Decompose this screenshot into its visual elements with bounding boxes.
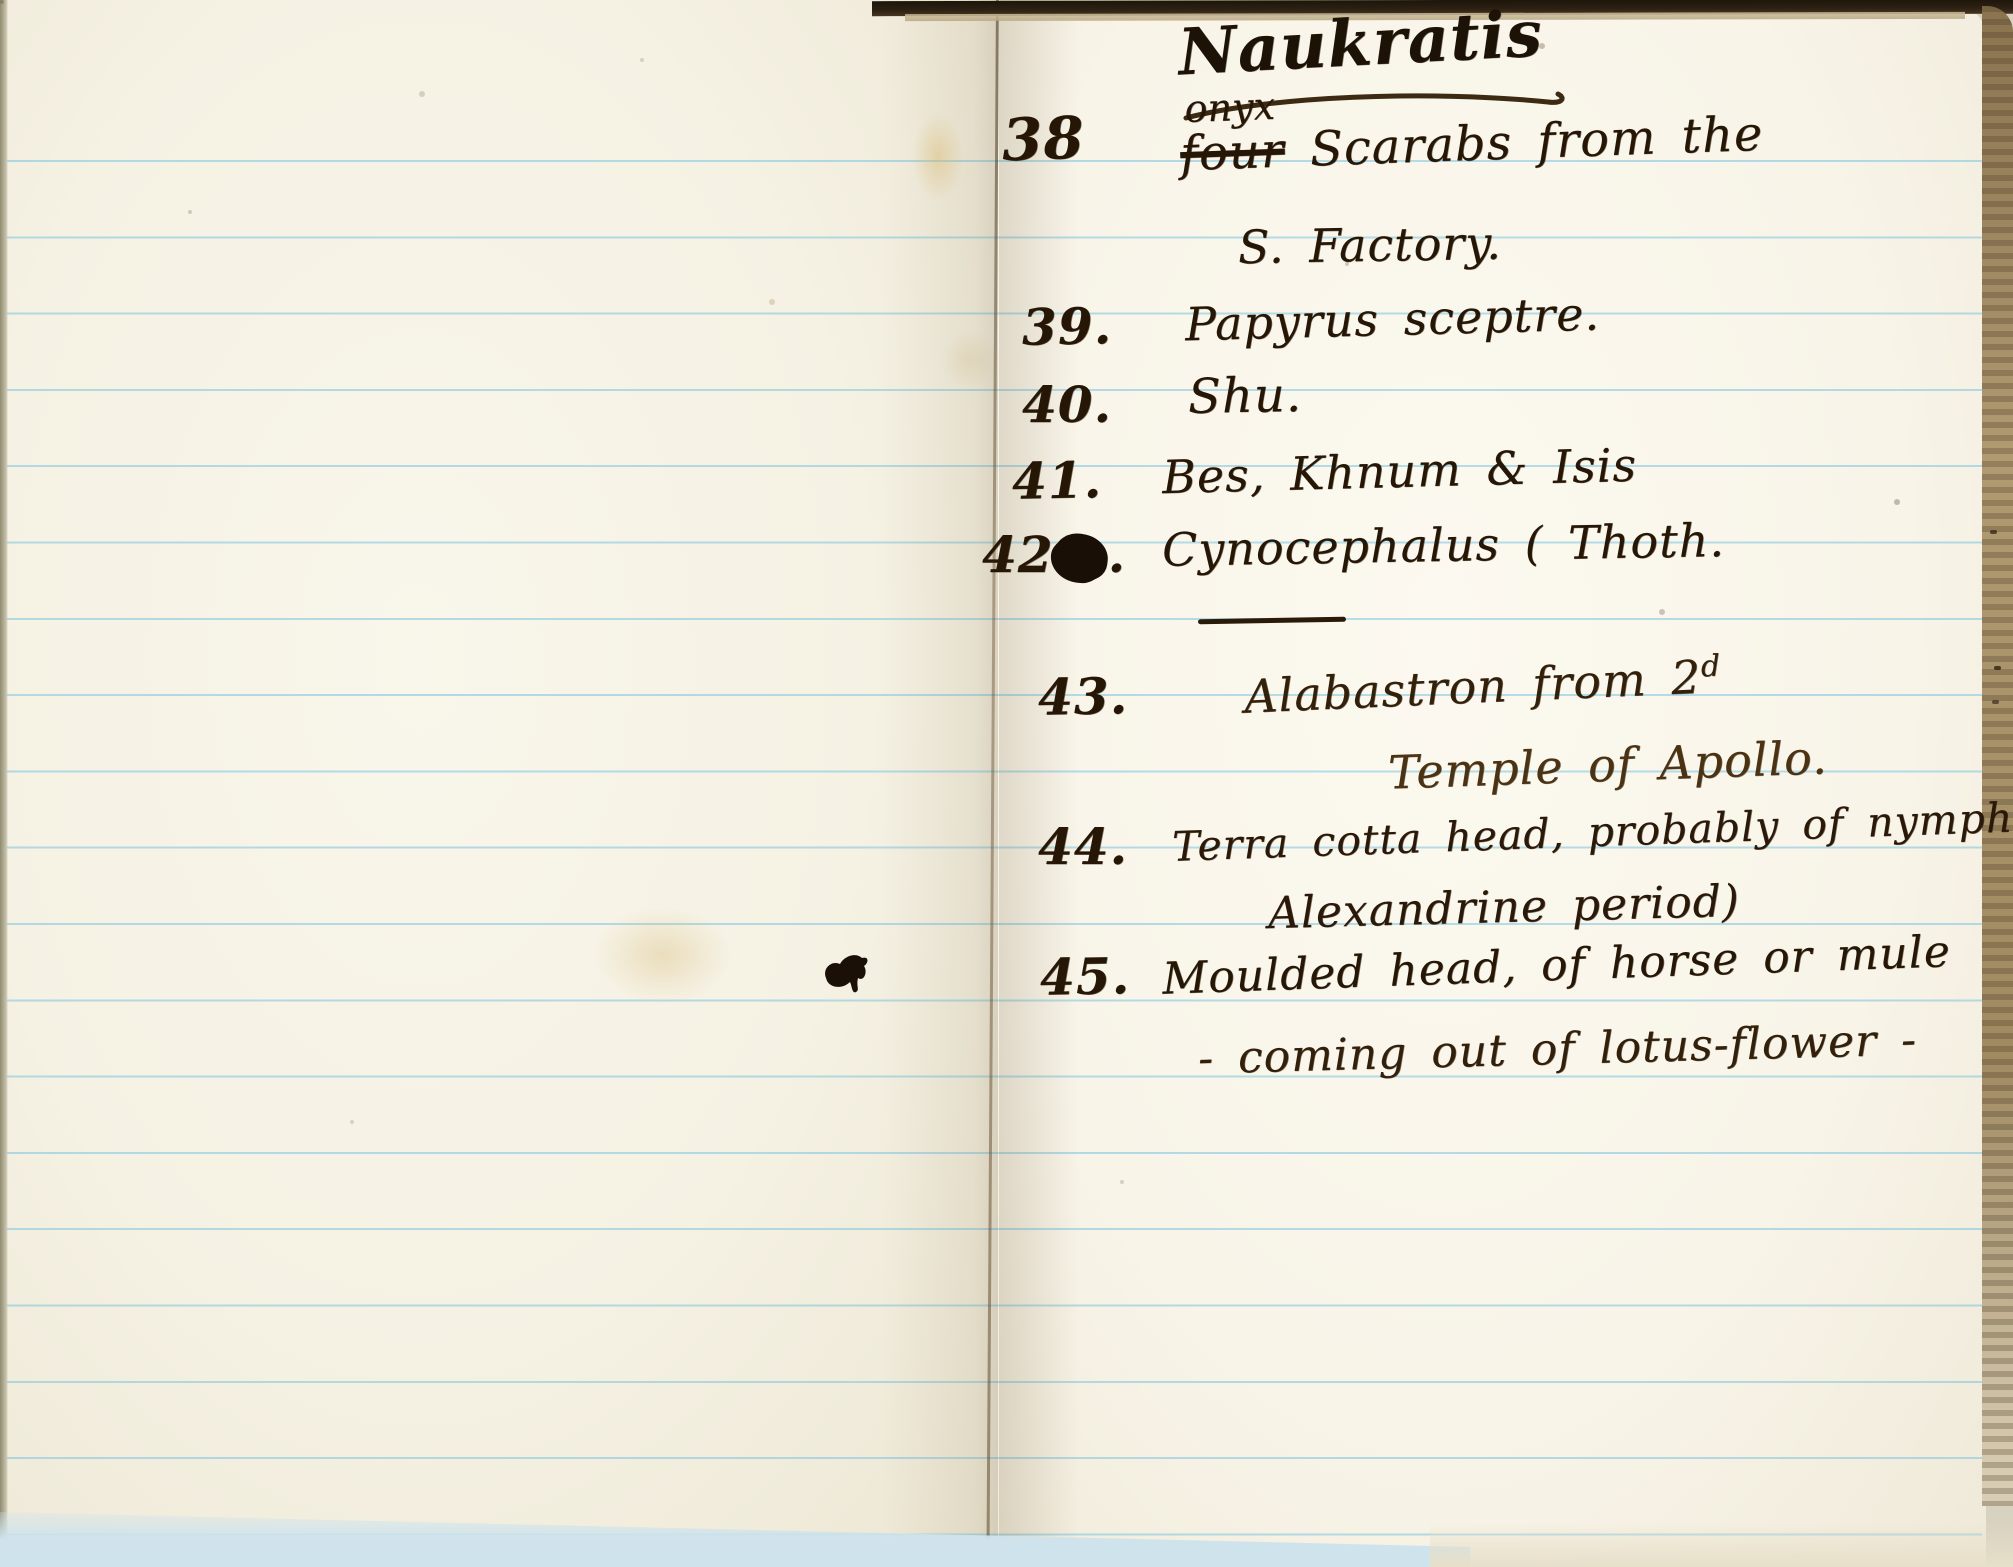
entry-text: Papyrus sceptre.: [1184, 291, 1600, 348]
entry-text-line2: Alexandrine period): [1268, 880, 1741, 936]
entry-number: 38: [1001, 109, 1086, 170]
page-title: Naukratis: [1177, 2, 1545, 85]
gutter-shadow-left: [880, 0, 998, 1567]
entry-number: 42.: [982, 530, 1126, 580]
entry-text-line2: Temple of Apollo.: [1387, 734, 1828, 795]
entry-number: 40.: [1022, 380, 1112, 430]
entry-number: 43.: [1038, 671, 1129, 723]
entry-text-line2: S. Factory.: [1238, 220, 1503, 271]
entry-number: 44.: [1038, 822, 1128, 872]
fore-edge: [1982, 6, 2013, 1506]
inserted-word: onyx: [1184, 87, 1276, 128]
scribbled-out-number: [1051, 530, 1111, 583]
left-page-edge: [0, 0, 8, 1567]
struck-word: fouronyx: [1179, 127, 1285, 179]
notebook-spread: Naukratis 38 fouronyx Scarabs from the S…: [0, 0, 2013, 1567]
paper-stain: [592, 905, 732, 1005]
fore-edge-ink-marks: [1990, 530, 1997, 534]
entry-text: Cynocephalus ( Thoth.: [1162, 517, 1726, 573]
paper-stain: [940, 330, 1000, 390]
ink-blot: [818, 948, 882, 996]
gutter-shadow-right: [999, 0, 1079, 1567]
entry-text: Shu.: [1188, 371, 1303, 421]
superscript-ordinal: d: [1700, 649, 1721, 685]
entry-number: 41.: [1012, 455, 1103, 507]
paper-stain: [912, 112, 964, 202]
entry-text: Bes, Khnum & Isis: [1161, 442, 1637, 500]
entry-number: 39.: [1022, 301, 1113, 353]
bottom-right-page-edge: [1430, 1522, 2013, 1567]
paper-specks: [0, 0, 4, 4]
left-page-blank: [0, 0, 1000, 1567]
entry-number: 45.: [1040, 951, 1131, 1003]
